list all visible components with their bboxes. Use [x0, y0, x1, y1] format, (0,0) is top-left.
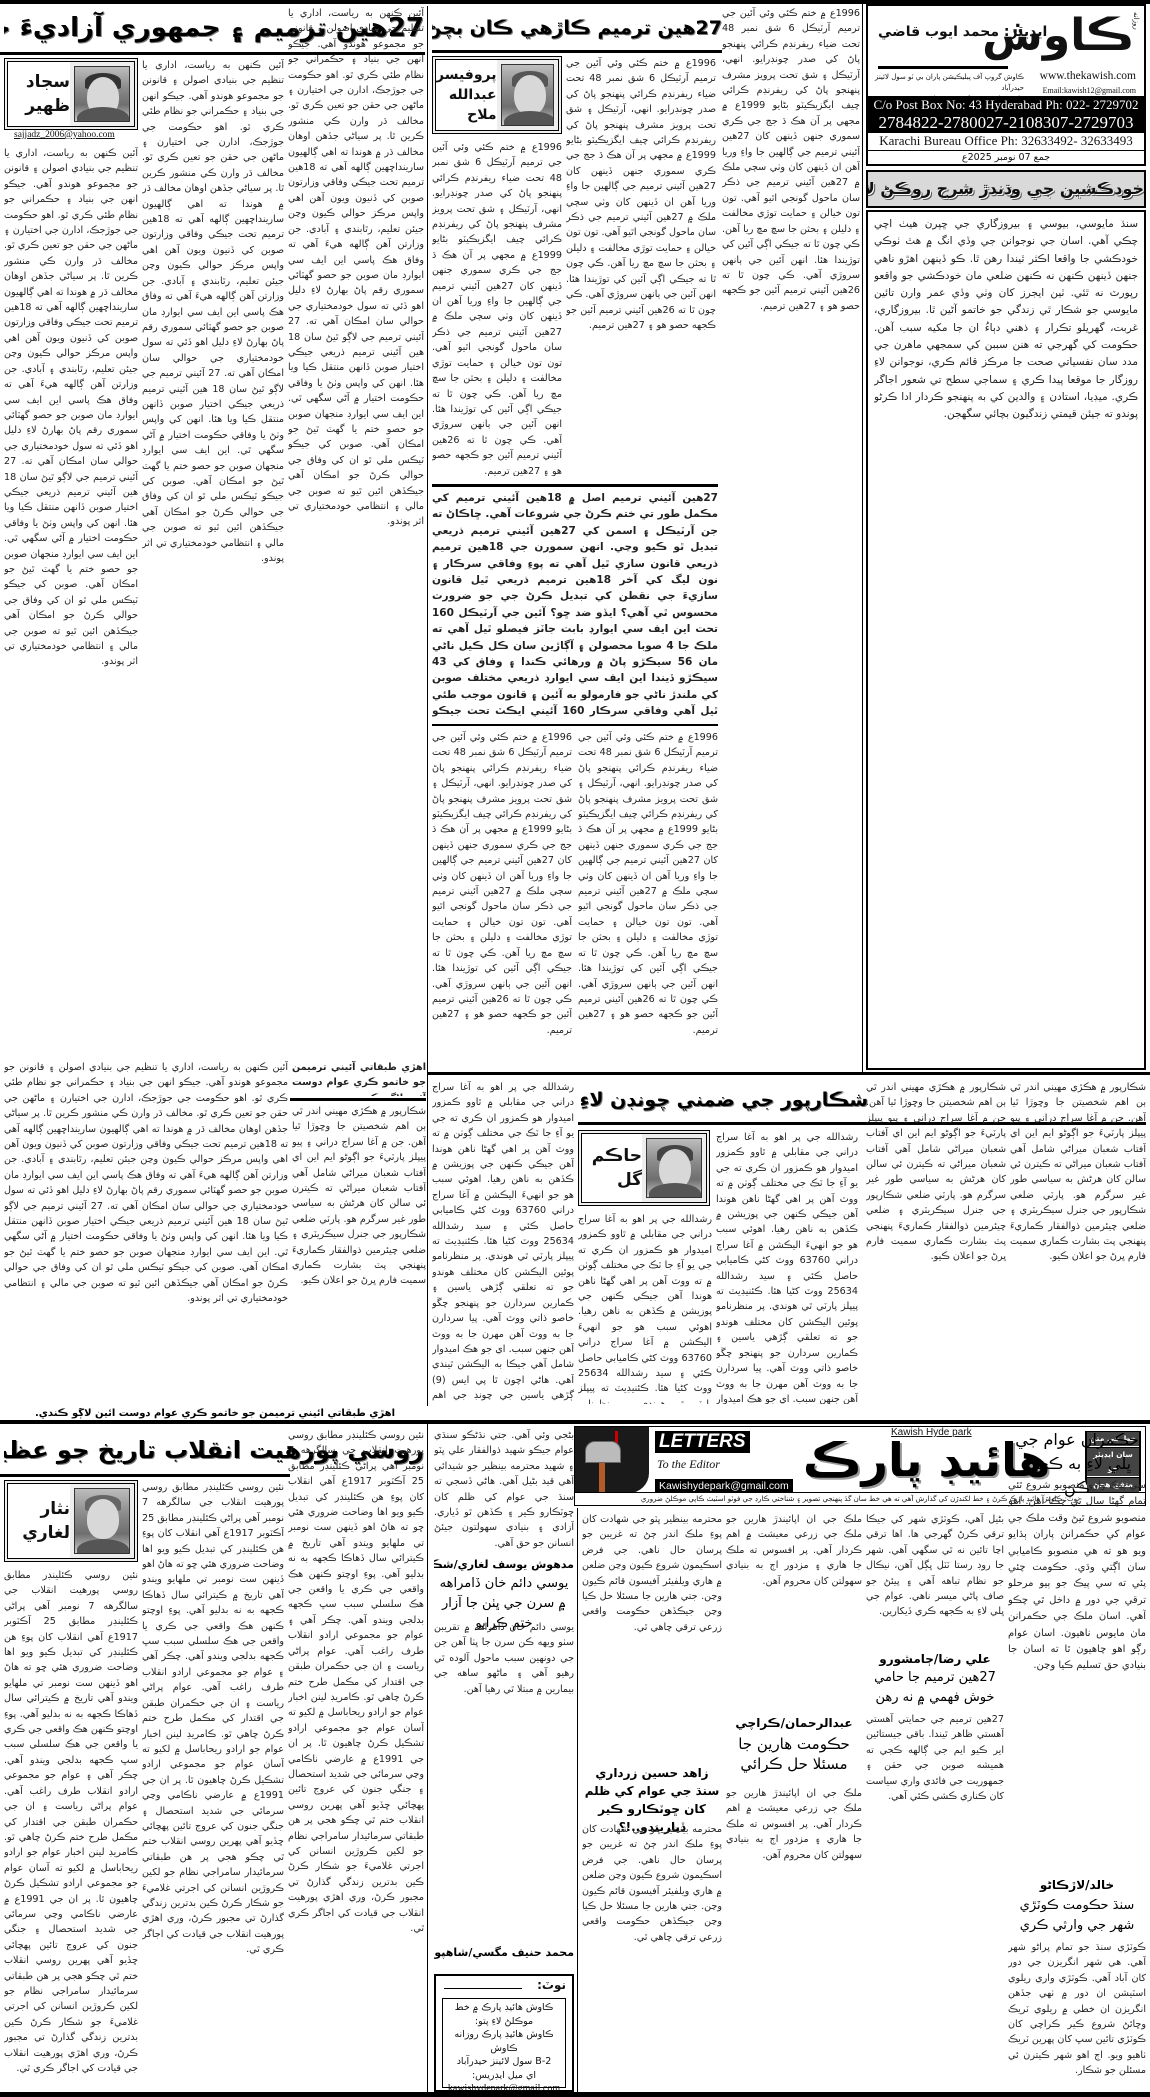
- note-line: [444, 1988, 522, 1989]
- masthead-phones: 2784822-2780027-2108307-2729703: [868, 113, 1144, 133]
- letter-writer: محمد حنيف مگسي/شاهپورچاڪر: [434, 1946, 574, 1959]
- article-body-col: 1996ع ۾ ختم ڪئي وئي آئين جي ترميم آرٽيڪل…: [432, 140, 562, 476]
- article-body-col: شڪارپور ۾ هڪڙي مهيني اندر ٿي ٻن اهم شخصي…: [292, 1104, 426, 1404]
- article-body-col: آئين ڪنهن به رياست، اداري يا تنظيم جي بن…: [4, 1060, 288, 1405]
- author-box: نثار لغاري: [4, 1480, 138, 1562]
- editorial-box: سنڌ مايوسي، بيوسي ۽ بيروزگاري جي ڇپرن هي…: [866, 210, 1146, 1070]
- note-text: ڪاوش هائيڊ پارڪ روزانه ڪاوش: [443, 2028, 565, 2055]
- author-box: سجاد ظهير: [4, 58, 138, 130]
- author-email[interactable]: sajjadz_2006@yahoo.com: [14, 130, 115, 140]
- column-rule: [427, 6, 428, 1406]
- letter-body: ملڪ جي ان اپائيندڙ هارين جو ملڪ جي زرعي …: [726, 1512, 862, 1702]
- author-name: نثار لغاري: [8, 1484, 70, 1558]
- article-body-col: شڪارپور ۾ هڪڙي مهيني اندر ٿي ٻن اهم شخصي…: [1010, 1080, 1146, 1404]
- to-the-editor-label: To the Editor: [657, 1457, 720, 1472]
- section-rule: [428, 1072, 1150, 1075]
- editorial-body: سنڌ مايوسي، بيوسي ۽ بيروزگاري جي ڇپرن هي…: [874, 216, 1138, 1064]
- note-text: B-2 سول لائينز حيدرآباد: [443, 2055, 565, 2069]
- author-photo: [74, 1488, 130, 1554]
- letter-writer: زاهد حسين زرداري: [582, 1766, 722, 1780]
- article-body-col: رشدالله جي پر اهو به آغا سراج دراني جي م…: [578, 1212, 712, 1404]
- article-body-col: نئين روسي ڪئلينڊر مطابق روسي پورهيت انقل…: [288, 1428, 424, 2092]
- masthead-karachi-bureau: Karachi Bureau Office Ph: 32633492- 3263…: [868, 133, 1144, 151]
- note-text: موڪلڻ لاءِ پتو:: [443, 2015, 565, 2029]
- letter-title: سنڌ حڪومت ڪوٽڙي شهر جي وارثي ڪري: [1008, 1896, 1146, 1936]
- article-body-col: 1996ع ۾ ختم ڪئي وئي آئين جي ترميم آرٽيڪل…: [578, 730, 718, 1060]
- column-rule: [577, 1508, 578, 2097]
- article-body-col: 1996ع ۾ ختم ڪئي وئي آئين جي ترميم آرٽيڪل…: [432, 730, 572, 1060]
- author-box: حاڪم گل: [578, 1130, 710, 1206]
- letter-writer: علي رضا/ڄامشورو: [866, 1652, 1004, 1666]
- headline-rule: [0, 1474, 290, 1477]
- publisher-line: ڪاوش گروپ آف پبليڪيشن پاران بي ٽو سول لا…: [874, 72, 1024, 94]
- mailbox-icon: [575, 1427, 649, 1493]
- article-headline: شڪارپور جي ضمني چونڊن لاءِ دنگل جون تيار…: [578, 1080, 868, 1120]
- article-body-col: رشدالله جي پر اهو به آغا سراج دراني جي م…: [432, 1080, 574, 1404]
- letter-body: سي پيڪ وارو منصوبو شروع ٿئي تمام گهڻا سا…: [1008, 1478, 1146, 1858]
- letter-body: محترمه بينظير ڀٽو جي شهادت کان پوءِ ملڪ …: [582, 1822, 722, 2092]
- letters-email[interactable]: Kawishydepark@gmail.com: [655, 1479, 793, 1493]
- article-closing: اهڙي طبقاتي آئيني ترميمن جو خاتمو ڪري عو…: [4, 1408, 426, 1419]
- masthead-separator: [878, 66, 1008, 69]
- masthead-editor: ايڊيٽر: محمد ايوب قاضي: [878, 24, 1047, 40]
- masthead-email[interactable]: Email:kawish12@gmail.com: [1043, 86, 1136, 95]
- letter-writer: خالد/لاڙڪاڻو: [1008, 1878, 1146, 1892]
- section-rule: [0, 1420, 1150, 1424]
- article-pull-text: 27هين آئيني ترميم اصل ۾ 18هين آئيني ترمي…: [432, 490, 718, 720]
- bottom-rule: [0, 2092, 1150, 2097]
- note-box: نوٽ: ڪاوش هائيڊ پارڪ ۾ خط موڪلڻ لاءِ پتو…: [434, 1974, 574, 2092]
- masthead: ڪاوش روزانه ايڊيٽر: محمد ايوب قاضي www.t…: [866, 4, 1146, 166]
- article-body-col: نئين روسي ڪئلينڊر مطابق روسي پورهيت انقل…: [142, 1480, 284, 2092]
- pull-rule: [432, 724, 718, 726]
- letter-body: محترمه بينظير ڀٽو جي شهادت کان پوءِ ملڪ …: [582, 1512, 722, 1764]
- article-body-col: رشدالله جي پر اهو به آغا سراج دراني جي م…: [716, 1130, 858, 1404]
- article-body-col: شڪارپور ۾ هڪڙي مهيني اندر ٿي ٻن اهم شخصي…: [866, 1080, 1006, 1404]
- article-body-col: نئين روسي ڪئلينڊر مطابق روسي پورهيت انقل…: [4, 1568, 138, 2092]
- masthead-logo-prefix: روزانه: [1132, 12, 1140, 30]
- letter-writer: مدهوش يوسف لغاري/شڪارپور: [434, 1558, 574, 1571]
- column-rule: [427, 1424, 428, 2097]
- masthead-postbox: C/o Post Box No: 43 Hyderabad Ph: 022- 2…: [868, 96, 1144, 113]
- letter-title: حڪومت هارين جا مسئلا حل ڪرائي: [726, 1734, 862, 1774]
- article-caption: اهڙي طبقاتي آئيني ترميمن جو خاتمو ڪري عو…: [292, 1060, 426, 1096]
- author-name: حاڪم گل: [582, 1134, 642, 1202]
- article-body-col: 1996ع ۾ ختم ڪئي وئي آئين جي ترميم آرٽيڪل…: [722, 6, 860, 1066]
- article-body-col: 1996ع ۾ ختم ڪئي وئي آئين جي ترميم آرٽيڪل…: [566, 56, 716, 476]
- headline-rule: [432, 50, 722, 53]
- letter-writer: عبدالرحمان/ڪراچي: [726, 1716, 862, 1730]
- letters-label: LETTERS: [655, 1431, 750, 1453]
- masthead-date: جمع 07 نومبر 2025ع: [868, 152, 1144, 163]
- author-photo: [501, 64, 554, 126]
- section-rule: [290, 1098, 426, 1101]
- author-box: پروفيسر عبدالله ملاح: [432, 56, 562, 134]
- letter-body: بڻيل آهي، ڪوٽڙي شهر کي جيڪا ترقي ڪرڻ گهر…: [866, 1512, 1004, 1642]
- note-text: اي ميل ايڊريس:: [443, 2069, 565, 2083]
- letter-body: 27هين ترميم جي حمايتي آهستي آهستي ظاهر ٿ…: [866, 1712, 1004, 2092]
- note-text: ڪاوش هائيڊ پارڪ ۾ خط: [443, 2001, 565, 2015]
- letter-body: يوسي دائم خان ڏامراهه ۾ تقريبن سٺو ويهه …: [434, 1620, 574, 1942]
- article-body-col: آئين ڪنهن به رياست، اداري يا تنظيم جي بن…: [142, 58, 284, 1058]
- article-body-col: آئين ڪنهن به رياست، اداري يا تنظيم جي بن…: [288, 6, 424, 1058]
- masthead-website[interactable]: www.thekawish.com: [1040, 70, 1136, 82]
- column-rule: [862, 4, 863, 1074]
- author-name: پروفيسر عبدالله ملاح: [436, 60, 497, 130]
- note-body: ڪاوش هائيڊ پارڪ ۾ خط موڪلڻ لاءِ پتو: ڪاو…: [442, 1998, 566, 2088]
- letter-body: ڪوٽڙي سنڌ جو تمام پراڻو شهر آهي. هي شهر …: [1008, 1940, 1146, 2092]
- author-name: سجاد ظهير: [8, 62, 70, 126]
- letter-body: ملڪ جي ان اپائيندڙ هارين جو ملڪ جي زرعي …: [726, 1786, 862, 2092]
- note-label: نوٽ:: [537, 1978, 566, 1992]
- article-body-col: آئين ڪنهن به رياست، اداري يا تنظيم جي بن…: [4, 146, 138, 1058]
- editorial-headline: خودڪشين جي وڌندڙ شرح روڪڻ لاءِ قدم کڻو: [866, 170, 1146, 208]
- letter-body: بڻجي وئي آهي. جتي نڌڻڪو سنڌي عوام جيڪو ش…: [434, 1428, 574, 1558]
- article-headline: 27هين ترميم ڪاڙهي ڪان بچڻ لاءِ باهه ۾ ٽپ…: [432, 6, 722, 50]
- author-photo: [74, 66, 130, 122]
- letter-title: 27هين ترميم جا حامي خوش فهمي ۾ نه رهن: [866, 1668, 1004, 1708]
- author-photo: [646, 1138, 702, 1198]
- pull-rule: [432, 484, 718, 487]
